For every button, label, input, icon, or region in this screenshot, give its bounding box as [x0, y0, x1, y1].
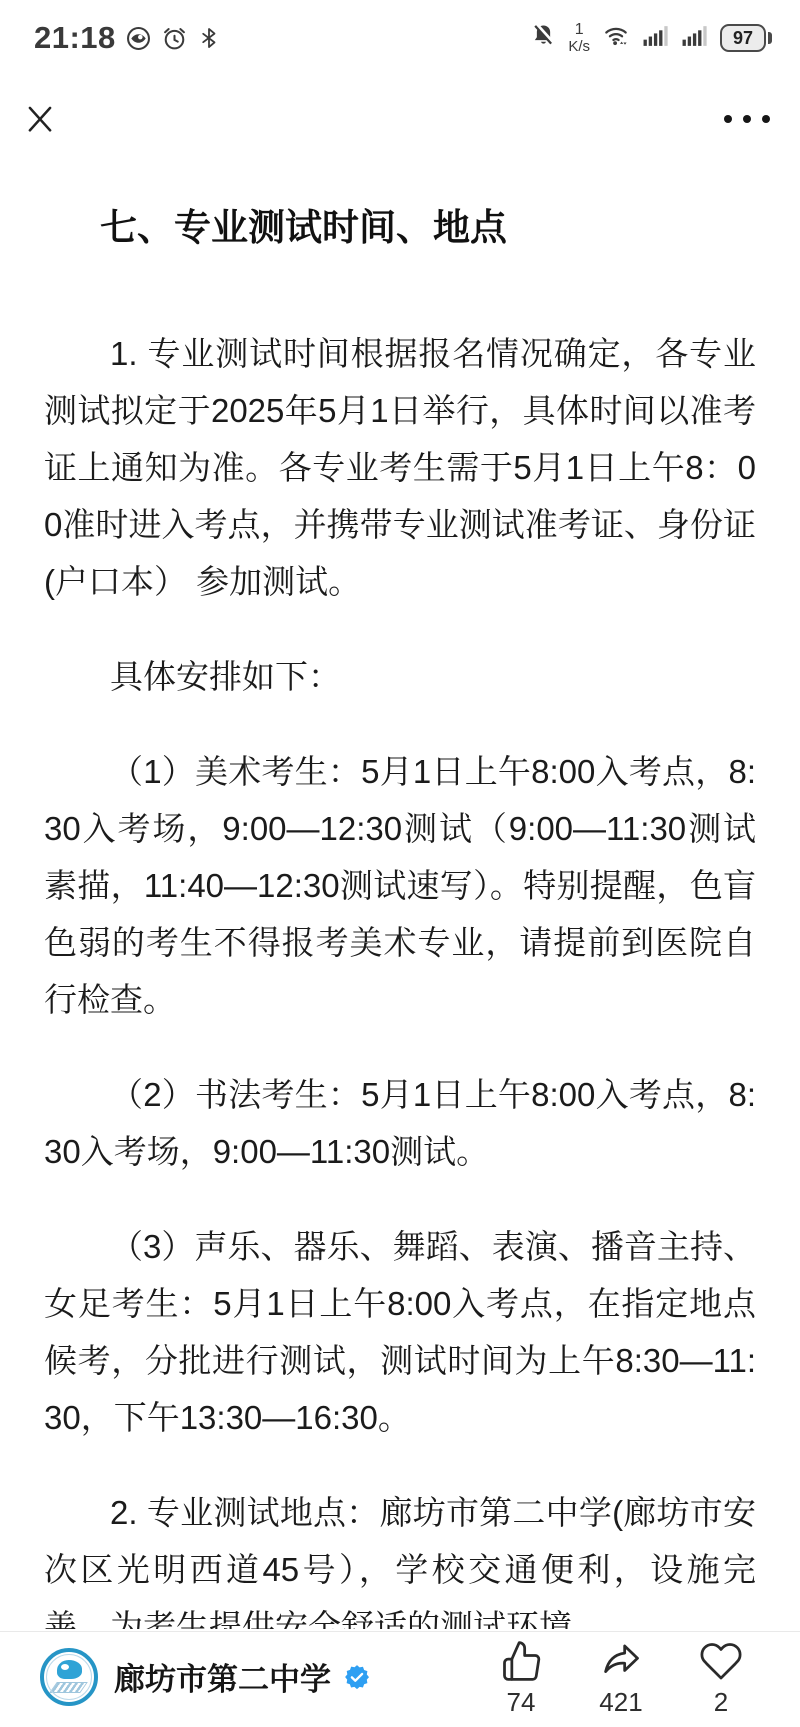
- notifications-muted-icon: [530, 22, 557, 54]
- article-paragraph: 2. 专业测试地点：廊坊市第二中学(廊坊市安次区光明西道45号），学校交通便利，…: [44, 1484, 756, 1629]
- article-paragraph: 具体安排如下：: [44, 648, 756, 705]
- verified-badge-icon: [343, 1663, 371, 1691]
- eye-protection-icon: [125, 25, 152, 52]
- footer-bar: 廊坊市第二中学 74 421: [0, 1631, 800, 1727]
- battery-icon: 97: [720, 24, 772, 52]
- footer-actions: 74 421 2: [488, 1639, 754, 1715]
- like-button[interactable]: 74: [488, 1639, 554, 1715]
- alarm-clock-icon: [161, 25, 188, 52]
- network-speed: 1 K/s: [568, 22, 590, 54]
- share-button[interactable]: 421: [588, 1639, 654, 1715]
- article-section-title: 七、专业测试时间、地点: [44, 205, 756, 251]
- article-body: 七、专业测试时间、地点 1. 专业测试时间根据报名情况确定，各专业测试拟定于20…: [44, 205, 756, 1629]
- close-button[interactable]: [22, 98, 58, 141]
- wifi-icon: [601, 22, 631, 54]
- favorite-button[interactable]: 2: [688, 1639, 754, 1715]
- article-paragraph: （1）美术考生：5月1日上午8:00入考点，8:30入考场，9:00—12:30…: [44, 743, 756, 1028]
- article-paragraph: （3）声乐、器乐、舞蹈、表演、播音主持、女足考生：5月1日上午8:00入考点，在…: [44, 1218, 756, 1446]
- nav-bar: [0, 88, 800, 150]
- share-count: 421: [599, 1689, 642, 1715]
- heart-icon: [699, 1639, 743, 1686]
- article-paragraph: （2）书法考生：5月1日上午8:00入考点，8:30入考场，9:00—11:30…: [44, 1066, 756, 1180]
- cellular-signal-icon: [642, 22, 670, 54]
- account-name: 廊坊市第二中学: [114, 1654, 331, 1699]
- share-arrow-icon: [599, 1639, 643, 1686]
- status-time: 21:18: [34, 20, 116, 56]
- like-count: 74: [507, 1689, 536, 1715]
- bluetooth-icon: [197, 25, 221, 51]
- cellular-signal-icon: [681, 22, 709, 54]
- school-logo: [40, 1648, 98, 1706]
- close-icon: [22, 98, 58, 141]
- thumbs-up-icon: [499, 1639, 543, 1686]
- more-options-button[interactable]: [724, 115, 770, 123]
- status-bar: 21:18: [0, 0, 800, 66]
- account-link[interactable]: 廊坊市第二中学: [40, 1648, 371, 1706]
- battery-percent: 97: [733, 28, 753, 49]
- article-paragraph: 1. 专业测试时间根据报名情况确定，各专业测试拟定于2025年5月1日举行，具体…: [44, 325, 756, 610]
- favorite-count: 2: [714, 1689, 728, 1715]
- more-options-icon: [724, 115, 770, 123]
